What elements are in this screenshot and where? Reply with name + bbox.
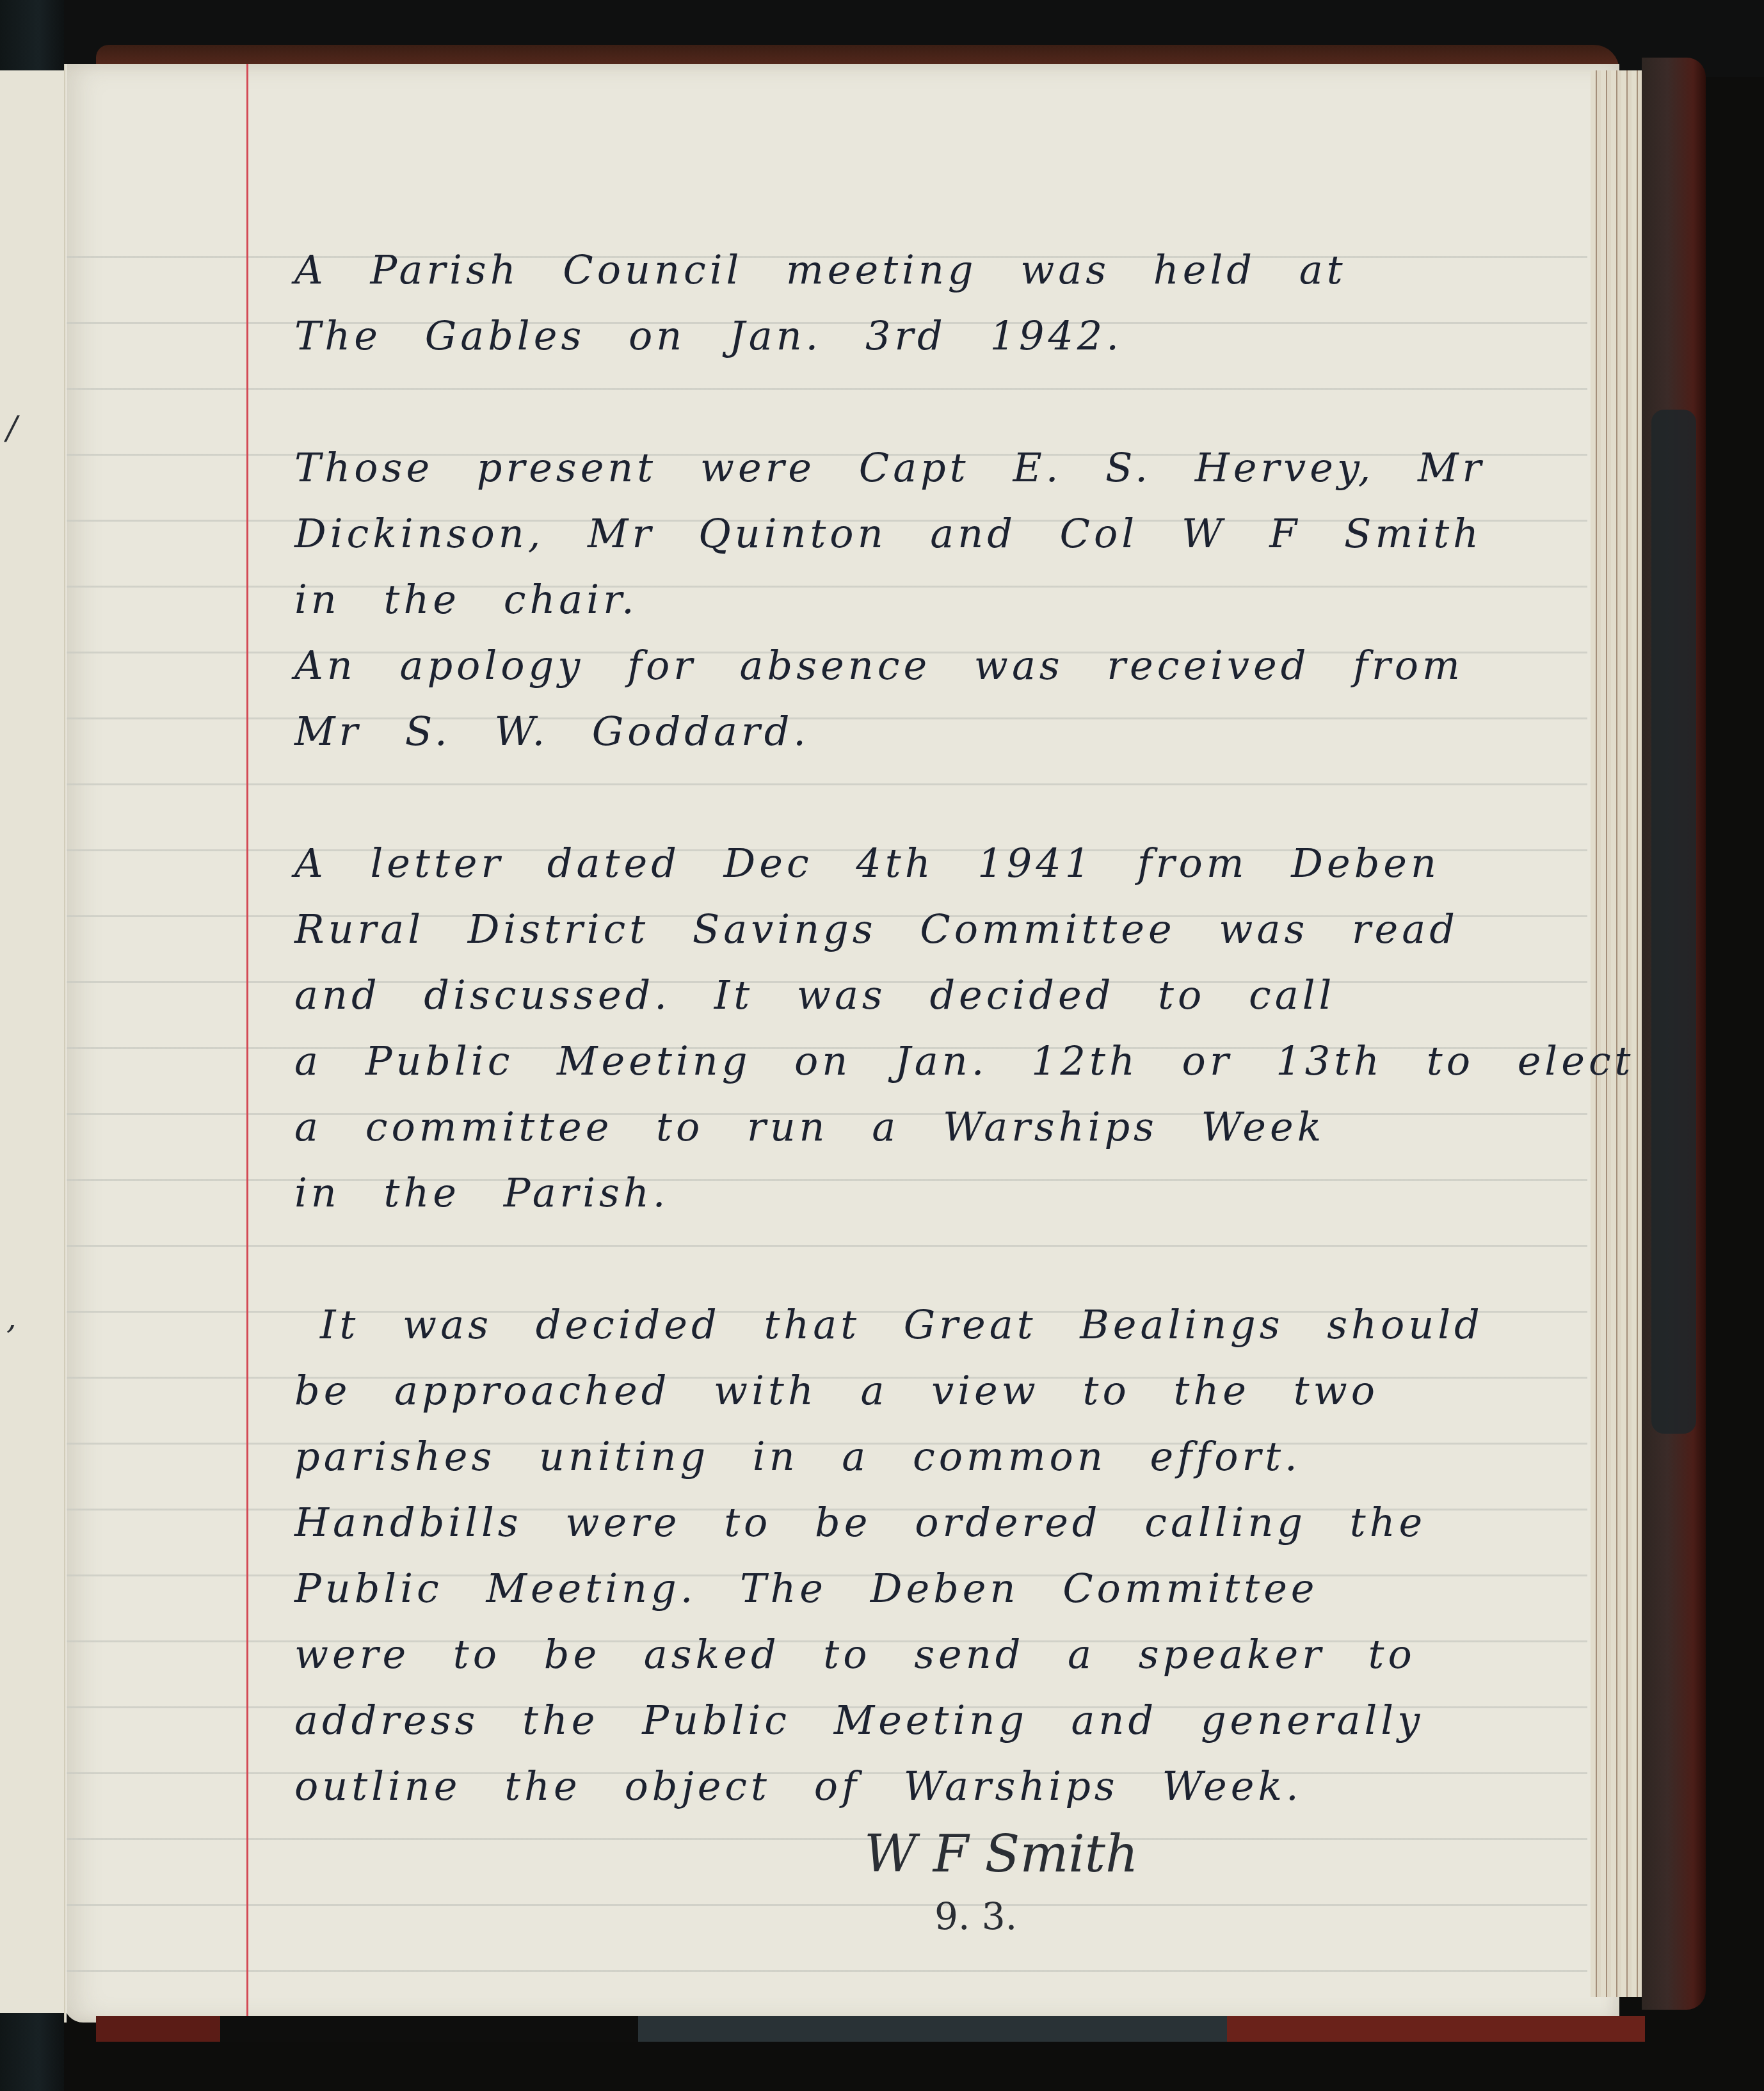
text-line: in the chair. bbox=[294, 566, 1575, 632]
text-line: A Parish Council meeting was held at bbox=[294, 237, 1575, 303]
text-line: An apology for absence was received from bbox=[294, 632, 1575, 698]
book-cover-bottom bbox=[96, 2016, 1645, 2042]
bleed-through-mark: / bbox=[6, 410, 17, 447]
paragraph-great-bealings: It was decided that Great Bealings shoul… bbox=[294, 1292, 1575, 1819]
text-line: Handbills were to be ordered calling the bbox=[294, 1489, 1575, 1555]
text-line: were to be asked to send a speaker to bbox=[294, 1621, 1575, 1687]
minutes-entry: A Parish Council meeting was held at The… bbox=[294, 237, 1575, 1819]
text-line: Mr S. W. Goddard. bbox=[294, 698, 1575, 764]
paragraph-meeting-held: A Parish Council meeting was held at The… bbox=[294, 237, 1575, 369]
signature-date: 9. 3. bbox=[934, 1895, 1017, 1938]
text-line: be approached with a view to the two bbox=[294, 1358, 1575, 1423]
torn-cloth-binding bbox=[1651, 410, 1696, 1434]
bleed-through-mark: , bbox=[6, 1299, 17, 1336]
text-line: address the Public Meeting and generally bbox=[294, 1687, 1575, 1753]
page-edges-stack bbox=[1591, 70, 1642, 1997]
signature: W F Smith bbox=[864, 1824, 1139, 1884]
text-line: Public Meeting. The Deben Committee bbox=[294, 1555, 1575, 1621]
text-line: a Public Meeting on Jan. 12th or 13th to… bbox=[294, 1028, 1575, 1094]
text-line: Those present were Capt E. S. Hervey, Mr bbox=[294, 435, 1575, 501]
text-line: Rural District Savings Committee was rea… bbox=[294, 896, 1575, 962]
text-line: a committee to run a Warships Week bbox=[294, 1094, 1575, 1160]
page-gutter bbox=[64, 64, 67, 2023]
text-line: The Gables on Jan. 3rd 1942. bbox=[294, 303, 1575, 369]
text-line: outline the object of Warships Week. bbox=[294, 1753, 1575, 1819]
text-line: parishes uniting in a common effort. bbox=[294, 1423, 1575, 1489]
text-line: in the Parish. bbox=[294, 1160, 1575, 1226]
facing-page-left bbox=[0, 70, 66, 2013]
text-line: and discussed. It was decided to call bbox=[294, 962, 1575, 1028]
paragraph-deben-letter: A letter dated Dec 4th 1941 from Deben R… bbox=[294, 830, 1575, 1226]
margin-rule bbox=[246, 64, 248, 2023]
text-line: It was decided that Great Bealings shoul… bbox=[294, 1292, 1575, 1358]
text-line: A letter dated Dec 4th 1941 from Deben bbox=[294, 830, 1575, 896]
paragraph-attendance: Those present were Capt E. S. Hervey, Mr… bbox=[294, 435, 1575, 764]
text-line: Dickinson, Mr Quinton and Col W F Smith bbox=[294, 501, 1575, 566]
